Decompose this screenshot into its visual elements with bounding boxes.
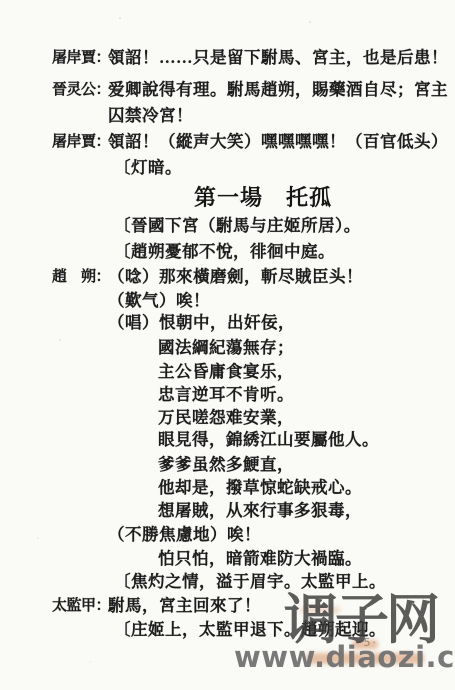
aria-text: 爹爹虽然多鯁直， bbox=[0, 455, 294, 475]
dialogue-text: 駙馬，宮主回來了！ bbox=[0, 596, 261, 616]
aria-text: 國法綱紀蕩無存； bbox=[0, 338, 294, 358]
speaker-name: 屠岸賈： bbox=[52, 132, 110, 152]
aria-line: 忠言逆耳不肯听。 bbox=[0, 385, 455, 405]
watermark-site-url: www.diaozi.com bbox=[234, 640, 455, 674]
dialogue-text: （歎气）唉！ bbox=[0, 291, 210, 311]
aria-text: 怕只怕，暗箭难防大禍臨。 bbox=[0, 549, 362, 569]
script-line: （不勝焦慮地）唉！ bbox=[0, 525, 455, 545]
aria-line: 想屠賊，从來行事多狠毒， bbox=[0, 501, 455, 521]
aria-text: 万民嗟怨难安業， bbox=[0, 408, 294, 428]
stage-direction: 〔灯暗。 bbox=[0, 158, 455, 178]
aria-line: 爹爹虽然多鯁直， bbox=[0, 455, 455, 475]
aria-text: 他却是，撥草惊蛇缺戒心。 bbox=[0, 478, 362, 498]
scanned-script-page: 屠岸賈： 領詔！……只是留下駙馬、宮主，也是后患！ 晉灵公： 爱卿說得有理。駙馬… bbox=[0, 0, 455, 690]
aria-line: （唱）恨朝中，出奸佞， bbox=[0, 313, 455, 333]
scene-title: 第一場 托孤 bbox=[194, 181, 332, 212]
aria-line: 國法綱紀蕩無存； bbox=[0, 338, 455, 358]
stage-direction: 〔焦灼之情，溢于眉宇。太監甲上。 bbox=[0, 572, 455, 592]
aria-line: 他却是，撥草惊蛇缺戒心。 bbox=[0, 478, 455, 498]
aria-line: 怕只怕，暗箭难防大禍臨。 bbox=[0, 549, 455, 569]
aria-line: 主公昏庸食宴乐， bbox=[0, 362, 455, 382]
speaker-name: 太監甲： bbox=[52, 596, 110, 616]
aria-text: 眼見得，錦綉江山要屬他人。 bbox=[0, 430, 379, 450]
aria-text: 忠言逆耳不肯听。 bbox=[0, 385, 294, 405]
aria-line: 眼見得，錦綉江山要屬他人。 bbox=[0, 430, 455, 450]
speaker-name: 趙 朔： bbox=[52, 267, 110, 287]
script-line: 屠岸賈： 領詔！（縱声大笑）嘿嘿嘿嘿！（百官低头） bbox=[0, 132, 455, 152]
script-line: 晉灵公： 爱卿說得有理。駙馬趙朔，賜藥酒自尽；宮主 bbox=[0, 80, 455, 100]
script-line: 囚禁冷宮！ bbox=[0, 106, 455, 126]
script-line: 屠岸賈： 領詔！……只是留下駙馬、宮主，也是后患！ bbox=[0, 48, 455, 68]
dialogue-text: 囚禁冷宮！ bbox=[0, 106, 193, 126]
speaker-name: 晉灵公： bbox=[52, 80, 110, 100]
stage-direction: 〔趙朔憂郁不悅，徘徊中庭。 bbox=[0, 242, 455, 262]
aria-text: 想屠賊，从來行事多狠毒， bbox=[0, 501, 362, 521]
aria-text: （唱）恨朝中，出奸佞， bbox=[0, 313, 295, 333]
aria-line: 万民嗟怨难安業， bbox=[0, 408, 455, 428]
stage-direction-text: 〔趙朔憂郁不悅，徘徊中庭。 bbox=[0, 242, 335, 262]
stage-direction-text: 〔焦灼之情，溢于眉宇。太監甲上。 bbox=[0, 572, 386, 592]
stage-direction: 〔晉國下宮（駙馬与庄姬所居）。 bbox=[0, 216, 455, 236]
speaker-name: 屠岸賈： bbox=[52, 48, 110, 68]
aria-text: 主公昏庸食宴乐， bbox=[0, 362, 294, 382]
script-line: 趙 朔： （唸）那來橫磨劍，斬尽賊臣头！ bbox=[0, 267, 455, 287]
stage-direction-text: 〔灯暗。 bbox=[0, 158, 182, 178]
dialogue-text: （不勝焦慮地）唉！ bbox=[0, 525, 261, 545]
script-line: （歎气）唉！ bbox=[0, 291, 455, 311]
stage-direction-text: 〔晉國下宮（駙馬与庄姬所居）。 bbox=[0, 216, 361, 236]
